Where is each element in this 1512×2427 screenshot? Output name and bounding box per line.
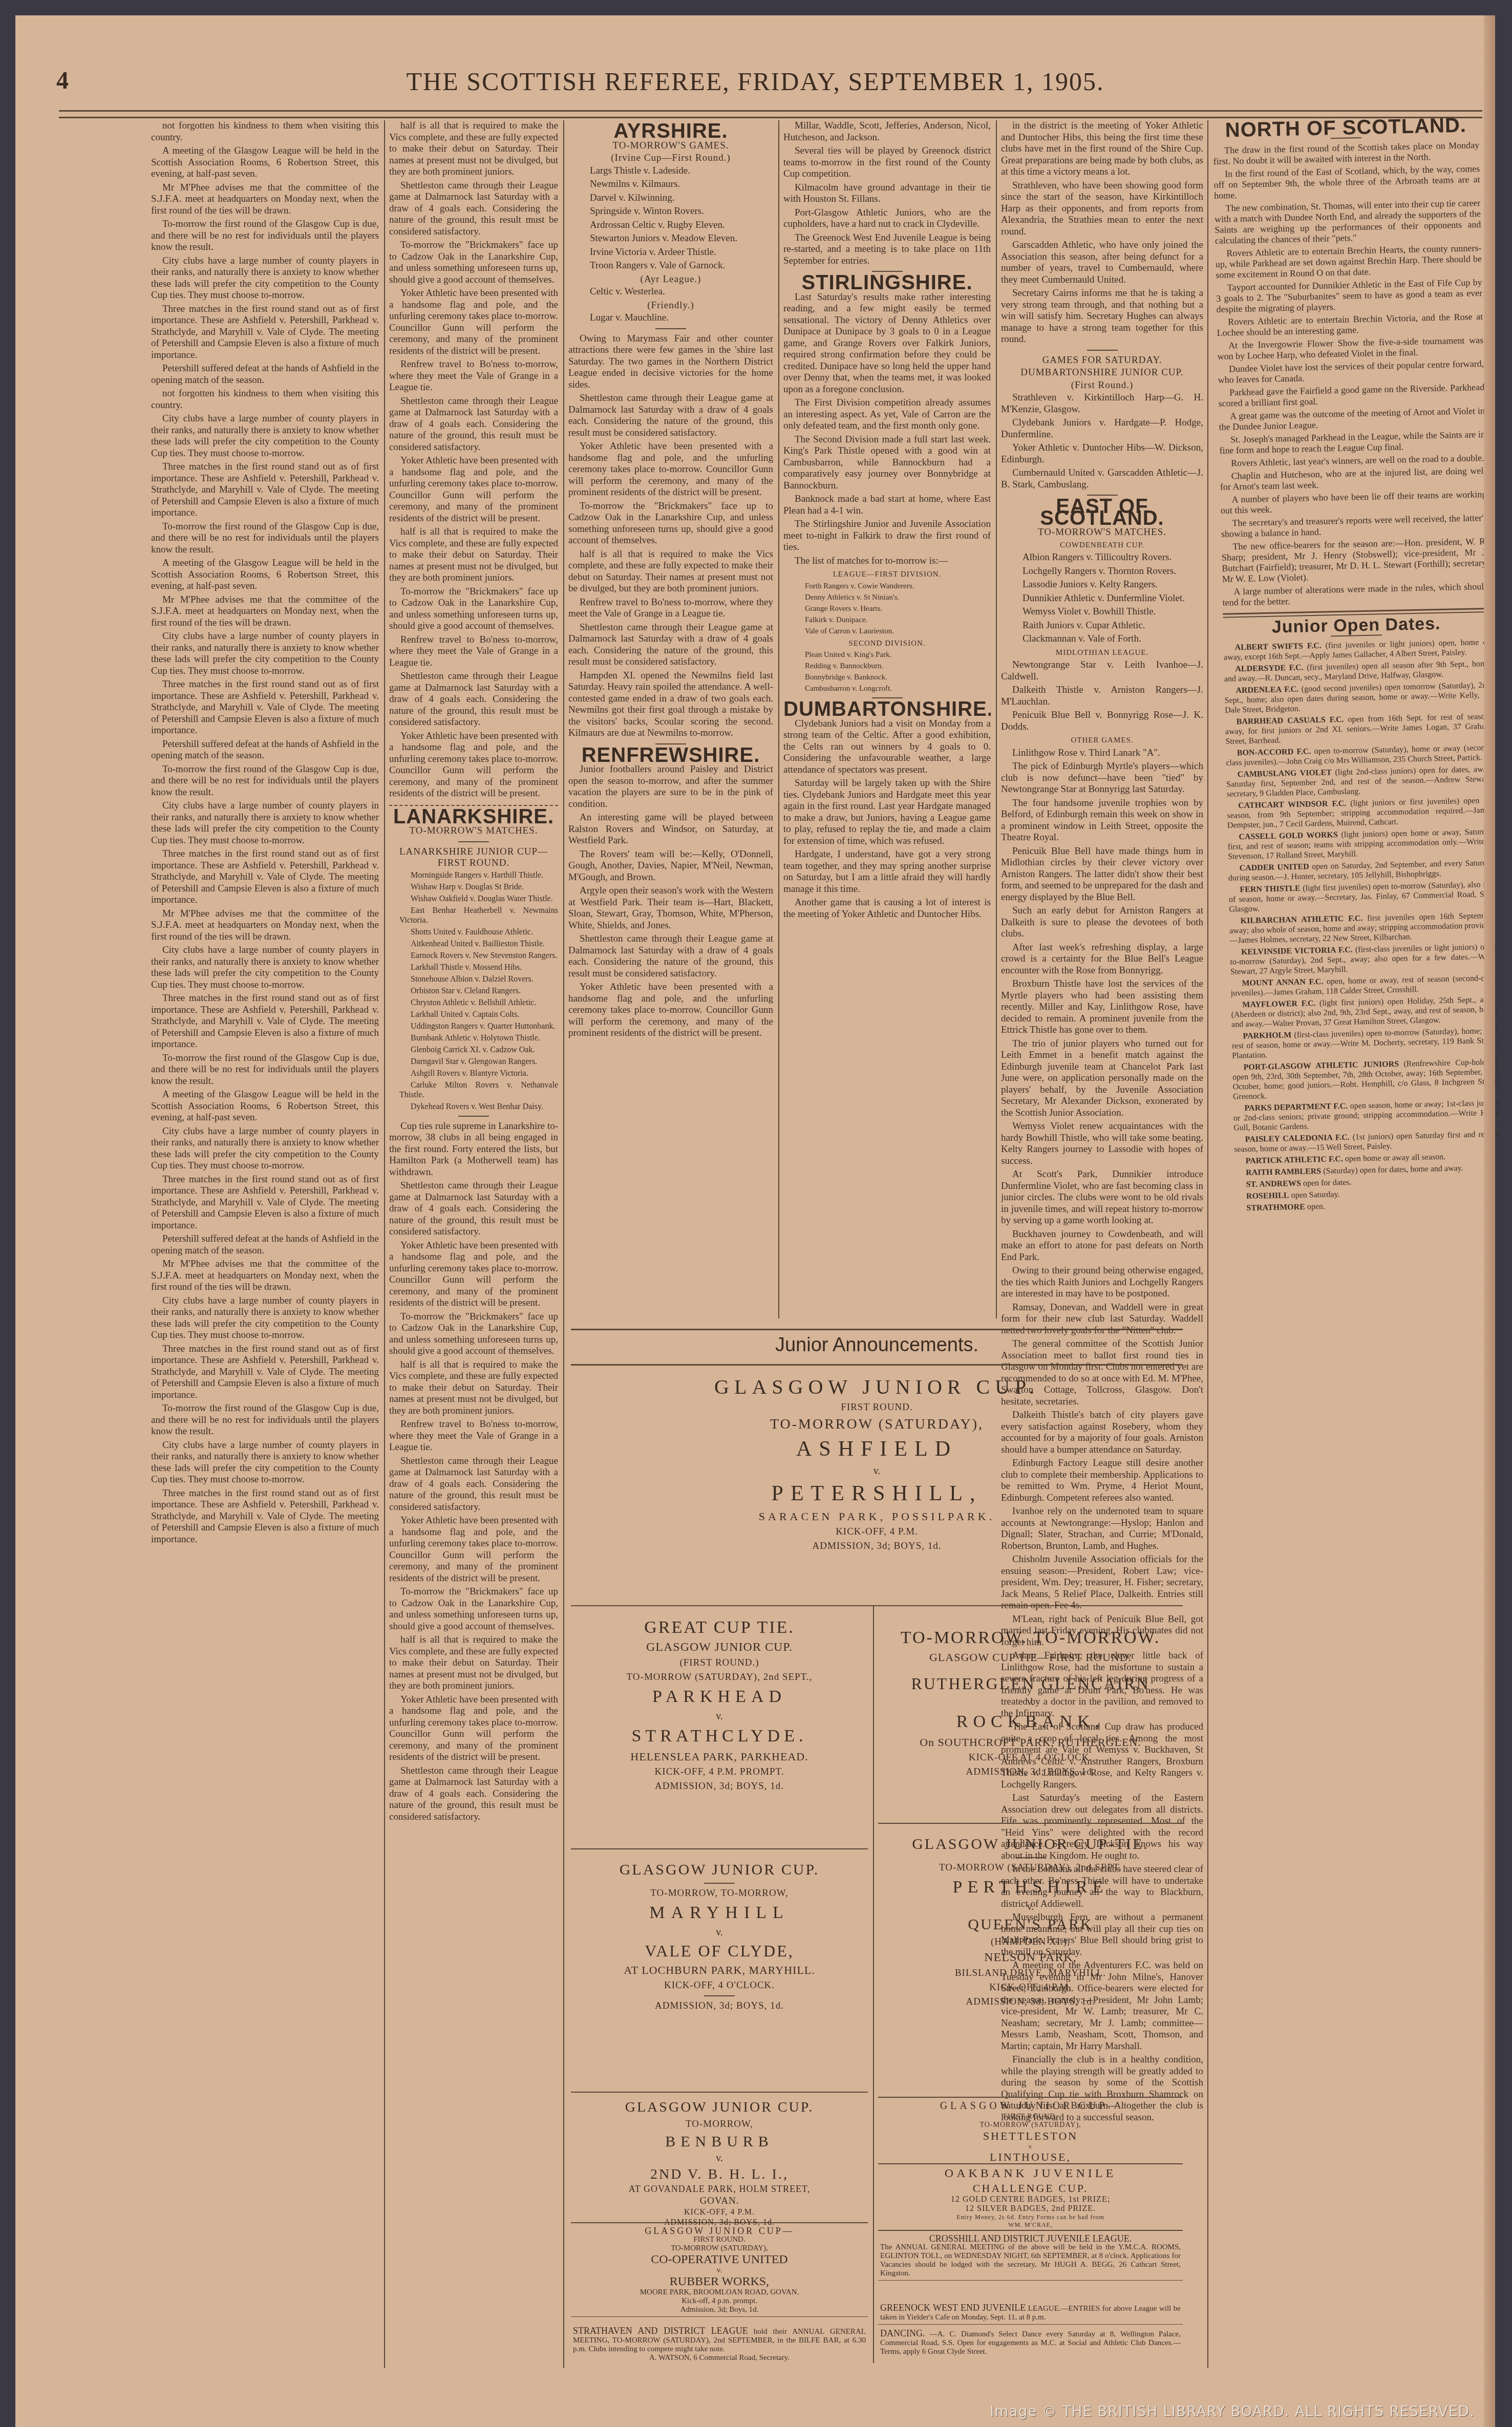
paragraph: Petershill suffered defeat at the hands … (151, 1233, 379, 1257)
announcements-title: Junior Announcements. (571, 1329, 1183, 1366)
column-divider (563, 120, 564, 2368)
paragraph: City clubs have a large number of county… (151, 631, 379, 677)
fixture: Lassodie Juniors v. Kelty Rangers. (1001, 579, 1203, 591)
paragraph: Renfrew travel to Bo'ness to-morrow, whe… (389, 634, 558, 669)
paragraph: City clubs have a large number of county… (151, 1126, 379, 1172)
copyright-watermark: Image © THE BRITISH LIBRARY BOARD. ALL R… (990, 2403, 1475, 2420)
fixture: Bonnybridge v. Banknock. (783, 673, 991, 682)
fixture: Troon Rangers v. Vale of Garnock. (568, 260, 773, 272)
paragraph: Mr M'Phee advises me that the committee … (151, 1259, 379, 1293)
open-date-item: MOUNT ANNAN F.C. open, home or away, res… (1230, 973, 1497, 998)
club-name: MOUNT ANNAN F.C. (1242, 977, 1323, 988)
paragraph: A great game was the outcome of the meet… (1219, 406, 1485, 433)
paragraph: Secretary Cairns informs me that he is t… (1001, 288, 1203, 346)
paragraph: Owing to their ground being otherwise en… (1001, 1265, 1203, 1300)
section-heading-dumbartonshire: DUMBARTONSHIRE. (783, 704, 991, 715)
paragraph: Shettleston came through their League ga… (568, 933, 773, 980)
fixture: Stonehouse Albion v. Dalziel Rovers. (389, 974, 558, 984)
open-date-item: CASSELL GOLD WORKS (light juniors) open … (1227, 827, 1494, 862)
paragraph: The pick of Edinburgh Myrtle's players—w… (1001, 761, 1203, 796)
fixture: Ardrossan Celtic v. Rugby Eleven. (568, 220, 773, 231)
paragraph: Renfrew travel to Bo'ness to-morrow, whe… (389, 1419, 558, 1454)
paragraph: Kilmacolm have ground advantage in their… (783, 182, 991, 205)
open-date-item: ALDERSYDE F.C. (first juveniles) open al… (1224, 659, 1490, 684)
paragraph: To-morrow the first round of the Glasgow… (151, 521, 379, 556)
paragraph: Shettleston came through their League ga… (389, 396, 558, 454)
open-date-item: PARKHOLM (first-class juveniles) open to… (1231, 1026, 1498, 1061)
divider (1087, 350, 1118, 351)
paragraph: To-morrow the first round of the Glasgow… (151, 1403, 379, 1438)
open-date-item: ALBERT SWIFTS F.C. (first juveniles or l… (1223, 637, 1490, 663)
fixture: Glenboig Carrick XI. v. Cadzow Oak. (389, 1045, 558, 1055)
group-label: (Ayr League.) (568, 274, 773, 286)
club-name: ALDERSYDE F.C. (1235, 664, 1303, 674)
open-date-item: BON-ACCORD F.C. open to-morrow (Saturday… (1226, 743, 1493, 768)
ad-strathaven-league: STRATHAVEN AND DISTRICT LEAGUE hold thei… (571, 2325, 868, 2365)
fixture: Largs Thistle v. Ladeside. (568, 165, 773, 177)
fixture: Irvine Victoria v. Ardeer Thistle. (568, 247, 773, 259)
division-label: SECOND DIVISION. (783, 638, 991, 650)
away-team: PETERSHILL, (571, 1481, 1183, 1506)
fixture: Dalkeith Thistle v. Arniston Rangers—J. … (1001, 685, 1203, 708)
section-heading-junior-open-dates: Junior Open Dates. (1223, 618, 1489, 634)
paragraph: Three matches in the first round stand o… (151, 848, 379, 906)
open-dates-list: ALBERT SWIFTS F.C. (first juveniles or l… (1223, 637, 1501, 1213)
paragraph: half is all that is required to make the… (389, 526, 558, 584)
fixture: Redding v. Bannockburn. (783, 662, 991, 671)
fixture: Denny Athletics v. St Ninian's. (783, 593, 991, 602)
paragraph: Cup ties rule supreme in Lanarkshire to-… (389, 1121, 558, 1179)
paragraph: A meeting of the Glasgow League will be … (151, 145, 379, 180)
paragraph: Yoker Athletic have been presented with … (389, 1694, 558, 1763)
paragraph: City clubs have a large number of county… (151, 800, 379, 846)
paragraph: Three matches in the first round stand o… (151, 1174, 379, 1232)
paragraph: The draw in the first round of the Scott… (1213, 140, 1480, 167)
column-divider (996, 120, 997, 1318)
paragraph: Yoker Athletic have been presented with … (389, 288, 558, 357)
paragraph: The new combination, St. Thomas, will en… (1214, 198, 1481, 246)
paragraph: Rovers Athletic are to entertain Brechin… (1217, 311, 1483, 338)
paragraph: Broxburn Thistle have lost the services … (1001, 978, 1203, 1036)
fixture: Dykehead Rovers v. West Benhar Daisy. (389, 1102, 558, 1112)
fixture: Chryston Athletic v. Bellshill Athletic. (389, 998, 558, 1008)
open-date-item: CATHCART WINDSOR F.C. (light juniors or … (1227, 796, 1494, 831)
paragraph: The Greenock West End Juvenile League is… (783, 232, 991, 267)
group-label: (Friendly.) (568, 300, 773, 312)
fixture: Springside v. Winton Rovers. (568, 206, 773, 218)
paragraph: Yoker Athletic have been presented with … (389, 1240, 558, 1309)
fixture: Newmilns v. Kilmaurs. (568, 179, 773, 190)
column-divider (1207, 120, 1208, 2368)
ad-perthshire-queens-park: GLASGOW JUNIOR CUP-TIE. TO-MORROW (SATUR… (878, 1825, 1183, 2098)
paragraph: Yoker Athletic have been presented with … (389, 1515, 558, 1584)
paragraph: Three matches in the first round stand o… (151, 1344, 379, 1401)
paragraph: Several ties will be played by Greenock … (783, 145, 991, 180)
club-name: ROSEHILL (1246, 1191, 1289, 1201)
column-6: NORTH OF SCOTLAND. The draw in the first… (1212, 115, 1512, 2362)
open-date-item: PAISLEY CALEDONIA F.C. (1st juniors) ope… (1234, 1130, 1501, 1155)
club-name: FERN THISTLE (1240, 884, 1300, 894)
paragraph: Junior footballers around Paisley and Di… (568, 764, 773, 810)
paragraph: The four handsome juvenile trophies won … (1001, 798, 1203, 844)
club-name: PARTICK ATHLETIC F.C. (1245, 1155, 1343, 1165)
paragraph: City clubs have a large number of county… (151, 1295, 379, 1342)
paragraph: Three matches in the first round stand o… (151, 993, 379, 1051)
paragraph: Shettleston came through their League ga… (389, 1765, 558, 1823)
fixture: Cumbernauld United v. Garscadden Athleti… (1001, 467, 1203, 491)
open-date-item: BARRHEAD CASUALS F.C. open from 16th Sep… (1225, 712, 1492, 747)
paragraph: To-morrow the "Brickmakers" face up to C… (389, 240, 558, 286)
paragraph: Yoker Athletic have been presented with … (568, 982, 773, 1039)
fixture: Falkirk v. Dunipace. (783, 615, 991, 625)
paragraph: Yoker Athletic have been presented with … (389, 731, 558, 800)
paragraph: To-morrow the "Brickmakers" face up to C… (389, 1586, 558, 1632)
paragraph: At Scott's Park, Dunnikier introduce Dun… (1001, 1169, 1203, 1227)
section-heading-north-of-scotland: NORTH OF SCOTLAND. (1212, 120, 1479, 136)
paragraph: In the first round of the East of Scotla… (1213, 163, 1480, 201)
paragraph: Millar, Waddle, Scott, Jefferies, Anders… (783, 120, 991, 143)
paragraph: Buckhaven journey to Cowdenbeath, and wi… (1001, 1229, 1203, 1264)
fixture: Clydebank Juniors v. Hardgate—P. Hodge, … (1001, 417, 1203, 440)
fixture: Strathleven v. Kirkintilloch Harp—G. H. … (1001, 392, 1203, 415)
paragraph: City clubs have a large number of county… (151, 945, 379, 991)
paragraph: A large number of alterations were made … (1222, 581, 1489, 608)
paragraph: Mr M'Phee advises me that the committee … (151, 594, 379, 629)
club-name: BON-ACCORD F.C. (1237, 747, 1311, 757)
paragraph: Garscadden Athletic, who have only joine… (1001, 240, 1203, 286)
open-date-item: PARKS DEPARTMENT F.C. open season, home … (1233, 1098, 1500, 1133)
section-heading-stirlingshire: STIRLINGSHIRE. (783, 277, 991, 289)
fixture: Wishaw Harp v. Douglas St Bride. (389, 882, 558, 892)
column-2: half is all that is required to make the… (389, 120, 558, 2363)
paragraph: Mr M'Phee advises me that the committee … (151, 908, 379, 943)
paragraph: To-morrow the "Brickmakers" face up to C… (389, 1311, 558, 1357)
divider (458, 841, 489, 842)
club-name: PARKS DEPARTMENT F.C. (1244, 1102, 1348, 1113)
ad-divider (873, 1605, 874, 2363)
paragraph: half is all that is required to make the… (389, 120, 558, 178)
fixture: Lugar v. Mauchline. (568, 312, 773, 324)
open-date-item: PORT-GLASGOW ATHLETIC JUNIORS (Renfrewsh… (1232, 1057, 1499, 1102)
fixture: Wemyss Violet v. Bowhill Thistle. (1001, 606, 1203, 618)
paragraph: The new office-bearers for the season ar… (1221, 536, 1488, 585)
paragraph: To-morrow the first round of the Glasgow… (151, 219, 379, 253)
open-date-item: KELVINSIDE VICTORIA F.C. (first-class ju… (1230, 942, 1497, 977)
paragraph: Three matches in the first round stand o… (151, 304, 379, 361)
section-heading-ayrshire: AYRSHIRE. (568, 125, 773, 137)
paragraph: To-morrow the first round of the Glasgow… (151, 1053, 379, 1088)
paragraph: After last week's refreshing display, a … (1001, 942, 1203, 977)
fixture: Lochgelly Rangers v. Thornton Rovers. (1001, 566, 1203, 578)
paragraph: A meeting of the Glasgow League will be … (151, 558, 379, 592)
fixture: Plean United v. King's Park. (783, 650, 991, 659)
paragraph: Shettleston came through their League ga… (389, 180, 558, 238)
paragraph: in the district is the meeting of Yoker … (1001, 120, 1203, 178)
paragraph: half is all that is required to make the… (568, 549, 773, 595)
divider (655, 328, 686, 329)
fixture: Ashgill Rovers v. Blantyre Victoria. (389, 1069, 558, 1078)
paragraph: Shettleston came through their League ga… (568, 393, 773, 439)
paragraph: Argyle open their season's work with the… (568, 885, 773, 931)
fixture: Larkhall United v. Captain Colts. (389, 1010, 558, 1019)
fixture: Clackmannan v. Vale of Forth. (1001, 633, 1203, 645)
games-heading: GAMES FOR SATURDAY. (1001, 355, 1203, 367)
paragraph: The First Division competition already a… (783, 397, 991, 432)
paragraph: Three matches in the first round stand o… (151, 461, 379, 519)
paragraph: Shettleston came through their League ga… (389, 1456, 558, 1514)
masthead-rule (59, 110, 1482, 118)
paragraph: Petershill suffered defeat at the hands … (151, 363, 379, 386)
section-heading-east-of-scotland: EAST OF SCOTLAND. (1001, 501, 1203, 524)
paragraph: The Second Division made a full start la… (783, 434, 991, 492)
fixture: Stewarton Juniors v. Meadow Eleven. (568, 233, 773, 245)
paragraph: Strathleven, who have been showing good … (1001, 180, 1203, 238)
paragraph: The Stirlingshire Junior and Juvenile As… (783, 519, 991, 553)
paragraph: The trio of junior players who turned ou… (1001, 1038, 1203, 1119)
fixture: Yoker Athletic v. Duntocher Hibs—W. Dick… (1001, 442, 1203, 465)
club-name: STRATHMORE (1246, 1203, 1305, 1212)
open-date-item: CAMBUSLANG VIOLET (light 2nd-class junio… (1226, 764, 1493, 799)
paragraph: Renfrew travel to Bo'ness to-morrow, whe… (389, 359, 558, 394)
section-heading-renfrewshire: RENFREWSHIRE. (568, 750, 773, 761)
group-label: (Irvine Cup—First Round.) (568, 153, 773, 164)
club-name: MAYFLOWER F.C. (1242, 999, 1316, 1009)
paragraph: Clydebank Juniors had a visit on Monday … (783, 718, 991, 776)
paragraph: Port-Glasgow Athletic Juniors, who are t… (783, 207, 991, 230)
paragraph: Dundee Violet have lost the services of … (1218, 358, 1484, 386)
club-name: CADDER UNITED (1239, 862, 1309, 872)
ad-benburb-vbhli: GLASGOW JUNIOR CUP. TO-MORROW, BENBURB v… (571, 2094, 868, 2223)
club-name: ALBERT SWIFTS F.C. (1234, 642, 1321, 652)
fixture: Shotts United v. Fauldhouse Athletic. (389, 927, 558, 937)
fixture-list: Forth Rangers v. Cowie Wanderers. Denny … (783, 582, 991, 636)
club-name: RAITH RAMBLERS (1246, 1167, 1321, 1177)
fixture: Grange Rovers v. Hearts. (783, 604, 991, 613)
paragraph: Three matches in the first round stand o… (151, 1488, 379, 1546)
paragraph: To-morrow the first round of the Glasgow… (151, 764, 379, 799)
fixture: Celtic v. Westerlea. (568, 286, 773, 298)
newspaper-page: 4 THE SCOTTISH REFEREE, FRIDAY, SEPTEMBE… (15, 15, 1495, 2427)
open-date-item: KILBARCHAN ATHLETIC F.C. first juveniles… (1229, 911, 1496, 946)
fixture: Morningside Rangers v. Harthill Thistle. (389, 870, 558, 880)
fixture: Albion Rangers v. Tillicoultry Rovers. (1001, 552, 1203, 564)
fixture: Earnock Rovers v. New Stevenston Rangers… (389, 951, 558, 961)
paragraph: Penicuik Blue Bell have made things hum … (1001, 846, 1203, 904)
games-round: (First Round.) (1001, 380, 1203, 392)
fixture: Cambusbarron v. Longcroft. (783, 684, 991, 693)
paragraph: City clubs have a large number of county… (151, 1440, 379, 1486)
paragraph: City clubs have a large number of county… (151, 256, 379, 302)
club-name: CATHCART WINDSOR F.C. (1238, 799, 1347, 810)
fixture: Newtongrange Star v. Leith Ivanhoe—J. Ca… (1001, 659, 1203, 683)
fixture: Burnbank Athletic v. Holytown Thistle. (389, 1033, 558, 1043)
paragraph: Banknock made a bad start at home, where… (783, 494, 991, 517)
masthead-title: THE SCOTTISH REFEREE, FRIDAY, SEPTEMBER … (15, 67, 1495, 96)
fixture: Penicuik Blue Bell v. Bonnyrigg Rose—J. … (1001, 710, 1203, 733)
club-name: CAMBUSLANG VIOLET (1238, 768, 1332, 779)
paragraph: not forgotten his kindness to them when … (151, 120, 379, 143)
paragraph: St. Joseph's managed Parkhead in the Lea… (1219, 429, 1486, 456)
paragraph: Saturday will be largely taken up with t… (783, 778, 991, 847)
ad-greenock-west-end: GREENOCK WEST END JUVENILE LEAGUE.—ENTRI… (878, 2302, 1183, 2325)
fixture-list: Morningside Rangers v. Harthill Thistle.… (389, 870, 558, 1112)
ad-shettleston-linthouse: GLASGOW JUNIOR CUP— FIRST ROUND. TO-MORR… (878, 2099, 1183, 2164)
paragraph: not forgotten his kindness to them when … (151, 388, 379, 411)
fixture: Raith Juniors v. Cupar Athletic. (1001, 620, 1203, 632)
paragraph: Such an early debut for Arniston Rangers… (1001, 905, 1203, 940)
paragraph: An interesting game will be played betwe… (568, 812, 773, 847)
ad-crosshill-league: CROSSHILL AND DISTRICT JUVENILE LEAGUE. … (878, 2232, 1183, 2281)
fixture: Dunnikier Athletic v. Dunfermline Violet… (1001, 593, 1203, 605)
ad-maryhill-vale-of-clyde: GLASGOW JUNIOR CUP. TO-MORROW, TO-MORROW… (571, 1851, 868, 2093)
paragraph: Chaplin and Hutcheson, who are at the in… (1220, 465, 1486, 493)
lanarkshire-subheading: TO-MORROW'S MATCHES. (389, 825, 558, 837)
club-name: KILBARCHAN ATHLETIC F.C. (1241, 914, 1363, 925)
club-name: ST. ANDREWS (1246, 1179, 1301, 1189)
paragraph: Shettleston came through their League ga… (389, 1180, 558, 1238)
column-1: not forgotten his kindness to them when … (151, 120, 379, 2363)
club-name: ARDENLEA F.C. (1236, 685, 1298, 695)
paragraph: Wemyss Violet renew acquaintances with t… (1001, 1121, 1203, 1167)
fixture: Linlithgow Rose v. Third Lanark "A". (1001, 748, 1203, 759)
paragraph: At the Invergowrie Flower Show the five-… (1217, 335, 1484, 362)
paragraph: To-morrow the "Brickmakers" face up to C… (568, 501, 773, 547)
ad-oakbank-juvenile-cup: OAKBANK JUVENILE CHALLENGE CUP. 12 GOLD … (878, 2166, 1183, 2231)
paragraph: half is all that is required to make the… (389, 1359, 558, 1417)
club-name: PARKHOLM (1243, 1031, 1291, 1040)
paragraph: Owing to Marymass Fair and other counter… (568, 333, 773, 391)
group-label: MIDLOTHIAN LEAGUE. (1001, 647, 1203, 659)
paragraph: Last Saturday's results make rather inte… (783, 292, 991, 396)
paragraph: Mr M'Phee advises me that the committee … (151, 182, 379, 217)
column-4: Millar, Waddle, Scott, Jefferies, Anders… (783, 120, 991, 1318)
ad-dancing: DANCING. —A. C. Diamond's Select Dance e… (878, 2327, 1183, 2358)
open-date-item: FERN THISTLE (light first juveniles) ope… (1228, 880, 1495, 914)
column-divider (384, 120, 385, 2368)
fixture: Vale of Carron v. Laurieston. (783, 627, 991, 636)
paragraph: Hardgate, I understand, have got a very … (783, 849, 991, 895)
fixture: Larkhall Thistle v. Mossend Hibs. (389, 963, 558, 972)
club-name: CASSELL GOLD WORKS (1239, 831, 1338, 841)
fixture: Darvel v. Kilwinning. (568, 193, 773, 204)
paragraph: The secretary's and treasurer's reports … (1221, 513, 1487, 540)
junior-announcements: Junior Announcements. GLASGOW JUNIOR CUP… (571, 1329, 1185, 2378)
paragraph: Tayport accounted for Dunnikier Athletic… (1216, 277, 1483, 315)
games-competition: DUMBARTONSHIRE JUNIOR CUP. (1001, 367, 1203, 379)
paragraph: Another game that is causing a lot of in… (783, 897, 991, 920)
fixture: Darngavil Star v. Glengowan Rangers. (389, 1057, 558, 1067)
fixture: Forth Rangers v. Cowie Wanderers. (783, 582, 991, 591)
open-date-item: ARDENLEA F.C. (good second juveniles) op… (1224, 680, 1491, 715)
division-label: LEAGUE—FIRST DIVISION. (783, 569, 991, 581)
fixture-list: Plean United v. King's Park. Redding v. … (783, 650, 991, 693)
paragraph: A number of players who have been lie of… (1220, 489, 1487, 516)
paragraph: The Rovers' team will be:—Kelly, O'Donne… (568, 849, 773, 884)
club-name: PAISLEY CALEDONIA F.C. (1245, 1133, 1350, 1144)
group-label: COWDENBEATH CUP. (1001, 540, 1203, 551)
paragraph: Petershill suffered defeat at the hands … (151, 739, 379, 762)
home-team: ASHFIELD (571, 1437, 1183, 1461)
paragraph: Yoker Athletic have been presented with … (389, 455, 558, 524)
divider (458, 1116, 489, 1117)
paragraph: A meeting of the Glasgow League will be … (151, 1089, 379, 1124)
paragraph: The list of matches for to-morrow is:— (783, 556, 991, 567)
ayrshire-subheading: TO-MORROW'S GAMES. (568, 140, 773, 152)
fixture: Aitkenhead United v. Baillieston Thistle… (389, 939, 558, 949)
fixture: Carluke Milton Rovers v. Nethanvale This… (389, 1080, 558, 1100)
paragraph: Shettleston came through their League ga… (568, 622, 773, 668)
club-name: BARRHEAD CASUALS F.C. (1236, 715, 1344, 726)
paragraph: Shettleston came through their League ga… (389, 671, 558, 729)
fixture: East Benhar Heatherbell v. Newmains Vict… (389, 906, 558, 925)
paragraph: Renfrew travel to Bo'ness to-morrow, whe… (568, 597, 773, 620)
paragraph: Three matches in the first round stand o… (151, 679, 379, 737)
ad-parkhead-strathclyde: GREAT CUP TIE. GLASGOW JUNIOR CUP. (FIRS… (571, 1608, 868, 1849)
fixture: Orbiston Star v. Cleland Rangers. (389, 986, 558, 996)
fixture: Wishaw Oakfield v. Douglas Water Thistle… (389, 894, 558, 904)
section-heading-lanarkshire: LANARKSHIRE. (389, 811, 558, 823)
paragraph: Parkhead gave the Fairfield a good game … (1218, 382, 1485, 409)
paragraph: half is all that is required to make the… (389, 1634, 558, 1692)
ad-rutherglen-rockbank: TO-MORROW. TO-MORROW. GLASGOW CUP TIE—FI… (878, 1608, 1183, 1824)
column-divider (778, 120, 779, 1318)
fixture: Uddingston Rangers v. Quarter Huttonbank… (389, 1021, 558, 1031)
paragraph: Yoker Athletic have been presented with … (568, 441, 773, 499)
paragraph: City clubs have a large number of county… (151, 413, 379, 459)
paragraph: Rovers Athletic are to entertain Brechin… (1215, 243, 1482, 281)
ad-ashfield-petershill: GLASGOW JUNIOR CUP. FIRST ROUND. TO-MORR… (571, 1365, 1183, 1606)
paragraph: Hampden XI. opened the Newmilns field la… (568, 670, 773, 739)
club-name: KELVINSIDE VICTORIA F.C. (1241, 946, 1353, 957)
open-date-item: CADDER UNITED open on Saturday, 2nd Sept… (1228, 858, 1495, 883)
east-subheading: TO-MORROW'S MATCHES. (1001, 527, 1203, 539)
column-3: AYRSHIRE. TO-MORROW'S GAMES. (Irvine Cup… (568, 120, 773, 1318)
ad-cooperative-rubber-works: GLASGOW JUNIOR CUP— FIRST ROUND. TO-MORR… (571, 2225, 868, 2317)
lanarkshire-competition: LANARKSHIRE JUNIOR CUP—FIRST ROUND. (389, 846, 558, 869)
open-date-item: MAYFLOWER F.C. (light first juniors) ope… (1231, 995, 1498, 1030)
paragraph: To-morrow the "Brickmakers" face up to C… (389, 586, 558, 632)
group-label: OTHER GAMES. (1001, 735, 1203, 747)
